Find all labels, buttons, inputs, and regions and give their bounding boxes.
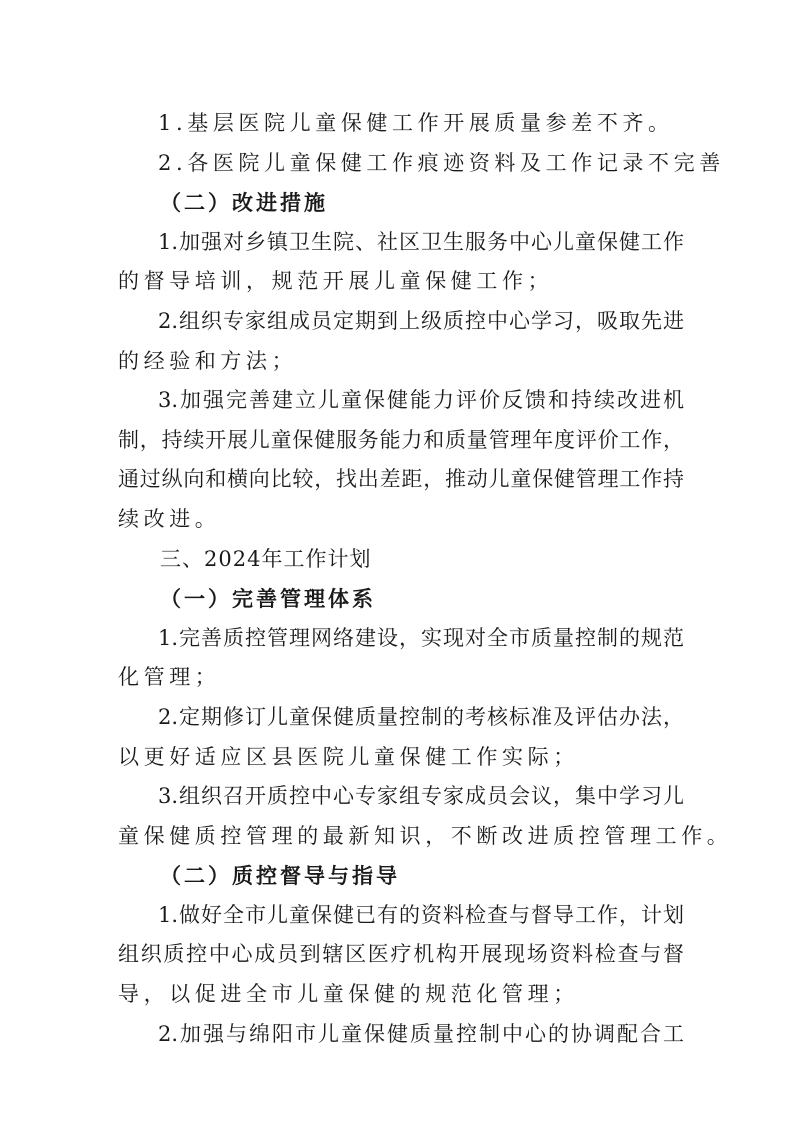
subheading-qc-supervision: （二）质控督导与指导 <box>118 856 684 896</box>
plan-1-2-line-2: 以更好适应区县医院儿童保健工作实际； <box>118 738 684 778</box>
measure-3-line-3: 通过纵向和横向比较，找出差距，推动儿童保健管理工作持 <box>118 460 684 500</box>
measure-3-line-2: 制，持续开展儿童保健服务能力和质量管理年度评价工作， <box>118 421 684 461</box>
measure-1-line-2: 的督导培训，规范开展儿童保健工作； <box>118 262 684 302</box>
subheading-management-system: （一）完善管理体系 <box>118 579 684 619</box>
plan-1-1-line-2: 化管理； <box>118 658 684 698</box>
measure-2-line-1: 2.组织专家组成员定期到上级质控中心学习，吸取先进 <box>118 302 684 342</box>
plan-2-2-line-1: 2.加强与绵阳市儿童保健质量控制中心的协调配合工 <box>118 1015 684 1055</box>
document-page: 1.基层医院儿童保健工作开展质量参差不齐。 2.各医院儿童保健工作痕迹资料及工作… <box>118 104 684 1054</box>
measure-1-line-1: 1.加强对乡镇卫生院、社区卫生服务中心儿童保健工作 <box>118 223 684 263</box>
plan-1-3-line-2: 童保健质控管理的最新知识，不断改进质控管理工作。 <box>118 817 684 857</box>
plan-2-1-line-3: 导，以促进全市儿童保健的规范化管理； <box>118 975 684 1015</box>
section-heading-2024-plan: 三、2024年工作计划 <box>118 540 684 580</box>
measure-3-line-1: 3.加强完善建立儿童保健能力评价反馈和持续改进机 <box>118 381 684 421</box>
list-item-problem-2: 2.各医院儿童保健工作痕迹资料及工作记录不完善 <box>118 144 684 184</box>
list-item-problem-1: 1.基层医院儿童保健工作开展质量参差不齐。 <box>118 104 684 144</box>
plan-2-1-line-2: 组织质控中心成员到辖区医疗机构开展现场资料检查与督 <box>118 935 684 975</box>
measure-3-line-4: 续改进。 <box>118 500 684 540</box>
plan-1-1-line-1: 1.完善质控管理网络建设，实现对全市质量控制的规范 <box>118 619 684 659</box>
measure-2-line-2: 的经验和方法； <box>118 342 684 382</box>
plan-1-3-line-1: 3.组织召开质控中心专家组专家成员会议，集中学习儿 <box>118 777 684 817</box>
plan-1-2-line-1: 2.定期修订儿童保健质量控制的考核标准及评估办法， <box>118 698 684 738</box>
subheading-improvement-measures: （二）改进措施 <box>118 183 684 223</box>
plan-2-1-line-1: 1.做好全市儿童保健已有的资料检查与督导工作，计划 <box>118 896 684 936</box>
